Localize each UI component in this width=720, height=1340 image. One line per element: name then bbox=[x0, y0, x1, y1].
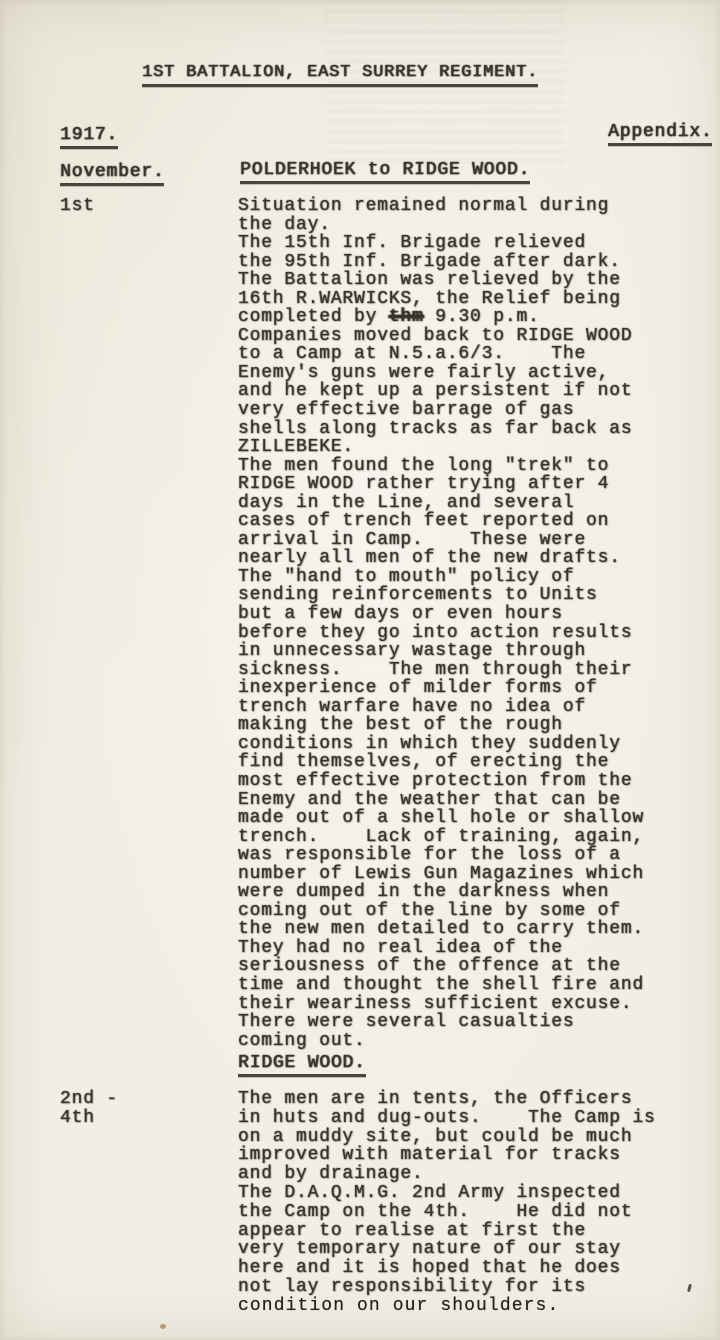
ink-mark bbox=[687, 1284, 692, 1292]
entry-body-1st: Situation remained normal during the day… bbox=[238, 197, 668, 1050]
struck-out-word: thm bbox=[389, 307, 424, 327]
page-title: 1ST BATTALION, EAST SURREY REGIMENT. bbox=[142, 64, 538, 87]
appendix-label: Appendix. bbox=[608, 123, 712, 146]
year-label: 1917. bbox=[60, 126, 118, 149]
month-label: November. bbox=[60, 163, 164, 186]
entry-date-1st: 1st bbox=[60, 197, 95, 216]
retyped-last-line: condition on our shoulders. bbox=[238, 1296, 559, 1316]
entry-body-1st-text-after: 9.30 p.m. Companies moved back to RIDGE … bbox=[238, 307, 644, 1050]
paper-speck bbox=[160, 1324, 166, 1329]
entry-date-2nd-4th: 2nd - 4th bbox=[60, 1090, 118, 1128]
entry-body-2nd-4th-text: The men are in tents, the Officers in hu… bbox=[238, 1089, 656, 1297]
entry-body-2nd-4th: The men are in tents, the Officers in hu… bbox=[238, 1090, 672, 1316]
section-heading-polderhoek-to-ridge-wood: POLDERHOEK to RIDGE WOOD. bbox=[240, 161, 530, 184]
war-diary-page: 1ST BATTALION, EAST SURREY REGIMENT. 191… bbox=[0, 0, 720, 1340]
section-heading-ridge-wood: RIDGE WOOD. bbox=[238, 1054, 366, 1077]
